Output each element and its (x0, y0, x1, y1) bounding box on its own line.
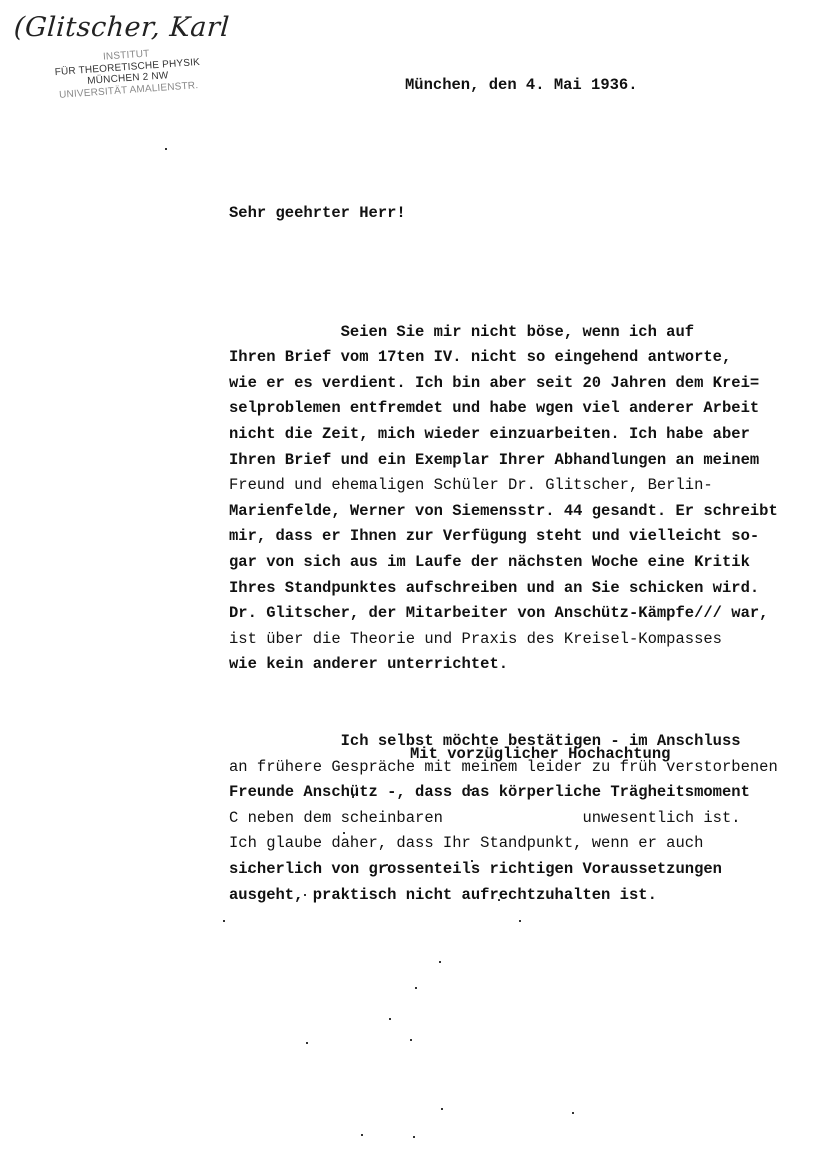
letter-line: Dr. Glitscher, der Mitarbeiter von Ansch… (229, 601, 778, 627)
institute-stamp: INSTITUT FÜR THEORETISCHE PHYSIK MÜNCHEN… (54, 45, 202, 101)
scan-speck (386, 864, 388, 866)
closing: Mit vorzüglicher Hochachtung (410, 745, 670, 763)
letter-line: Ihren Brief und ein Exemplar Ihrer Abhan… (229, 448, 778, 474)
letter-line: Freunde Anschütz -, dass das körperliche… (229, 780, 778, 806)
scan-speck (413, 1136, 415, 1138)
scan-speck (470, 789, 472, 791)
letter-line: mir, dass er Ihnen zur Verfügung steht u… (229, 524, 778, 550)
scan-speck (343, 832, 345, 834)
letter-line: Freund und ehemaligen Schüler Dr. Glitsc… (229, 473, 778, 499)
letter-line: gar von sich aus im Laufe der nächsten W… (229, 550, 778, 576)
letter-line: ausgeht, praktisch nicht aufrechtzuhalte… (229, 883, 778, 909)
scan-speck (306, 1042, 308, 1044)
letter-line: Seien Sie mir nicht böse, wenn ich auf (229, 320, 778, 346)
scan-speck (304, 894, 306, 896)
scan-speck (165, 148, 167, 150)
letter-line: ist über die Theorie und Praxis des Krei… (229, 627, 778, 653)
letter-line: Ich glaube daher, dass Ihr Standpunkt, w… (229, 831, 778, 857)
letter-line: Ihren Brief vom 17ten IV. nicht so einge… (229, 345, 778, 371)
scan-speck (352, 796, 354, 798)
letter-line: Ihres Standpunktes aufschreiben und an S… (229, 576, 778, 602)
letter-line: wie kein anderer unterrichtet. (229, 652, 778, 678)
place-and-date: München, den 4. Mai 1936. (405, 76, 638, 94)
scan-speck (248, 870, 250, 872)
letter-line: nicht die Zeit, mich wieder einzuarbeite… (229, 422, 778, 448)
salutation: Sehr geehrter Herr! (229, 201, 778, 227)
scan-speck (498, 899, 500, 901)
scan-speck (572, 1112, 574, 1114)
scan-speck (361, 1134, 363, 1136)
letter-line: wie er es verdient. Ich bin aber seit 20… (229, 371, 778, 397)
scan-speck (519, 920, 521, 922)
letter-line: C neben dem scheinbaren unwesentlich ist… (229, 806, 778, 832)
letter-line: selproblemen entfremdet und habe wgen vi… (229, 396, 778, 422)
scan-speck (410, 1039, 412, 1041)
scan-speck (441, 1108, 443, 1110)
letter-line: Marienfelde, Werner von Siemensstr. 44 g… (229, 499, 778, 525)
scan-speck (439, 961, 441, 963)
scan-speck (223, 920, 225, 922)
scan-speck (471, 860, 473, 862)
scan-speck (415, 987, 417, 989)
scan-speck (389, 1018, 391, 1020)
handwritten-annotation: (Glitscher, Karl (13, 12, 231, 43)
letter-line: sicherlich von grossenteils richtigen Vo… (229, 857, 778, 883)
letter-body: Sehr geehrter Herr! Seien Sie mir nicht … (229, 150, 778, 934)
paragraph-1: Seien Sie mir nicht böse, wenn ich aufIh… (229, 320, 778, 678)
